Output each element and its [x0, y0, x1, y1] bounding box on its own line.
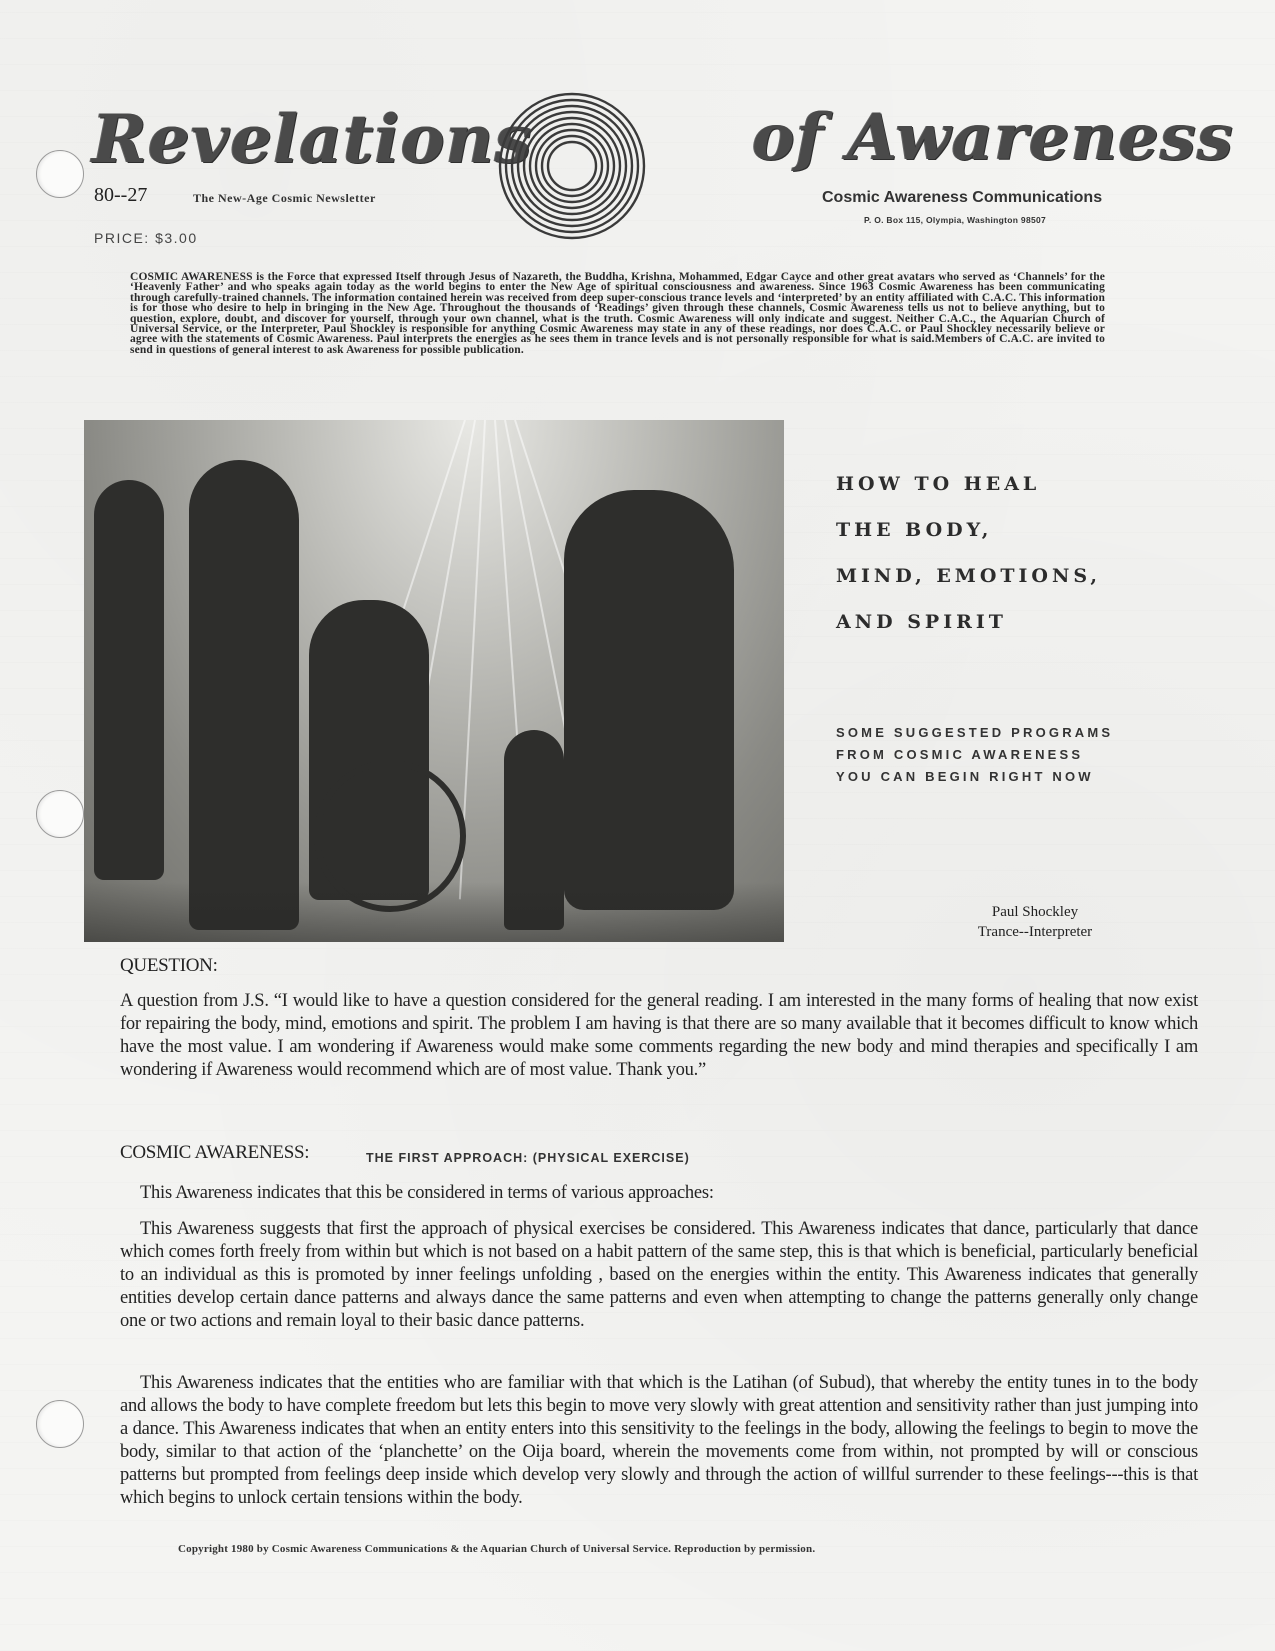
answer-paragraph: This Awareness suggests that first the a… [120, 1218, 1198, 1333]
punch-hole-middle [36, 790, 84, 838]
answer-paragraph: This Awareness indicates that this be co… [140, 1182, 1198, 1205]
byline-role: Trance--Interpreter [960, 922, 1110, 942]
programs-line: FROM COSMIC AWARENESS [836, 744, 1113, 766]
punch-hole-top [36, 150, 84, 198]
section-heading: THE FIRST APPROACH: (PHYSICAL EXERCISE) [366, 1151, 690, 1165]
intro-disclaimer: COSMIC AWARENESS is the Force that expre… [130, 272, 1105, 355]
answer-paragraph: This Awareness indicates that the entiti… [120, 1372, 1198, 1510]
question-label: QUESTION: [120, 955, 218, 977]
punch-hole-bottom [36, 1400, 84, 1448]
byline: Paul Shockley Trance--Interpreter [960, 902, 1110, 942]
programs-line: SOME SUGGESTED PROGRAMS [836, 722, 1113, 744]
masthead-title-left: Revelations [92, 100, 533, 178]
question-text: A question from J.S. “I would like to ha… [120, 990, 1198, 1082]
answer-label: COSMIC AWARENESS: [120, 1142, 309, 1164]
headline-line: THE BODY, [836, 512, 1101, 548]
headline-line: MIND, EMOTIONS, [836, 558, 1101, 594]
programs-line: YOU CAN BEGIN RIGHT NOW [836, 766, 1113, 788]
organization-name: Cosmic Awareness Communications [822, 189, 1102, 207]
price: PRICE: $3.00 [94, 230, 198, 246]
byline-name: Paul Shockley [960, 902, 1110, 922]
issue-number: 80--27 [94, 184, 147, 207]
newsletter-subtitle: The New-Age Cosmic Newsletter [193, 191, 376, 206]
organization-address: P. O. Box 115, Olympia, Washington 98507 [864, 215, 1046, 225]
copyright-notice: Copyright 1980 by Cosmic Awareness Commu… [178, 1543, 815, 1555]
masthead-title-right: of Awareness [752, 100, 1234, 175]
illustration-family-looking-at-light [84, 420, 784, 942]
headline-line: AND SPIRIT [836, 604, 1101, 640]
concentric-circles-icon [498, 92, 646, 240]
headline: HOW TO HEAL THE BODY, MIND, EMOTIONS, AN… [836, 466, 1101, 640]
programs-subhead: SOME SUGGESTED PROGRAMS FROM COSMIC AWAR… [836, 722, 1113, 788]
headline-line: HOW TO HEAL [836, 466, 1101, 502]
